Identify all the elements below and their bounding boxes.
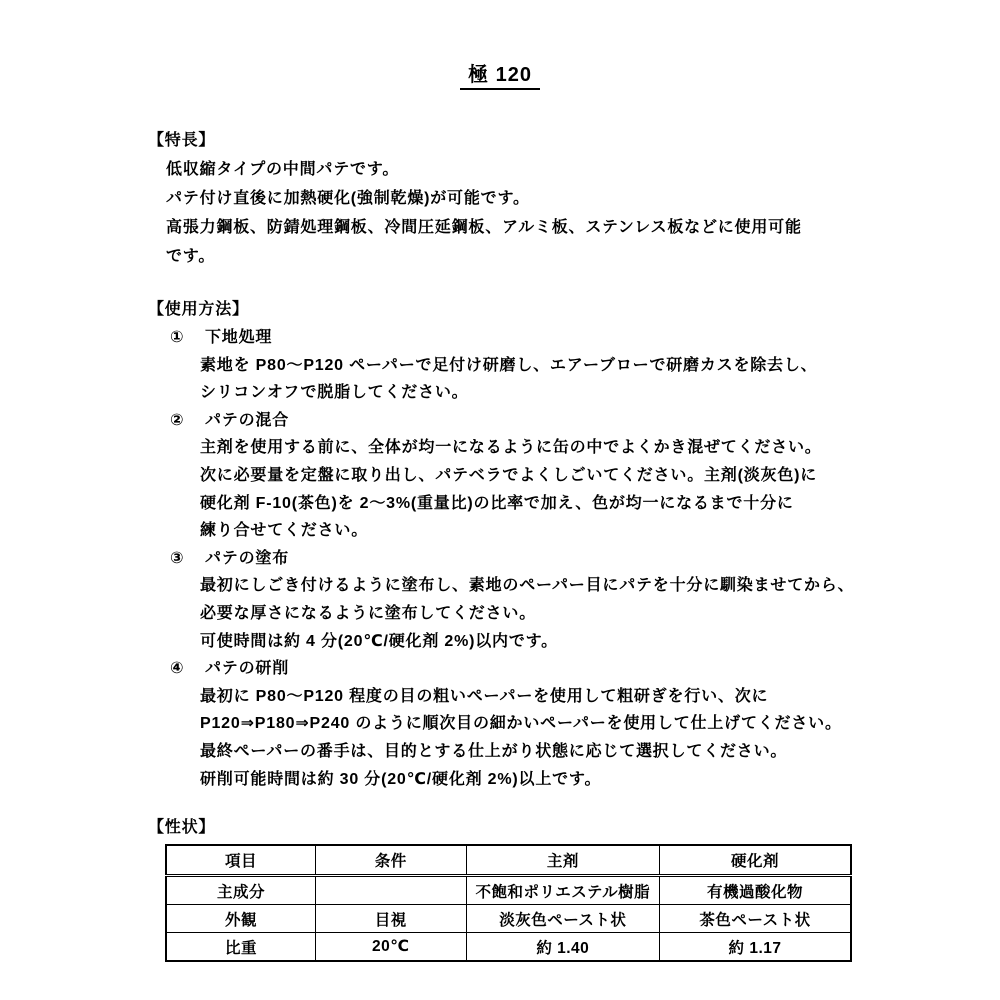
section-properties: 【性状】 項目 条件 主剤 硬化剤 主成分 不飽和ポリエステル樹脂 有機過酸化物 bbox=[0, 813, 1000, 962]
cell: 比重 bbox=[166, 933, 316, 962]
properties-table: 項目 条件 主剤 硬化剤 主成分 不飽和ポリエステル樹脂 有機過酸化物 外観 目… bbox=[165, 844, 852, 962]
features-line: 低収縮タイプの中間パテです。 bbox=[148, 155, 1000, 184]
features-heading: 【特長】 bbox=[148, 126, 1000, 155]
step-2-line: 主剤を使用する前に、全体が均一になるように缶の中でよくかき混ぜてください。 bbox=[148, 434, 1000, 462]
cell: 20℃ bbox=[316, 933, 467, 962]
col-header-item: 項目 bbox=[166, 845, 316, 876]
step-4-header: ④パテの研削 bbox=[148, 655, 1000, 683]
step-3-header: ③パテの塗布 bbox=[148, 545, 1000, 573]
cell: 茶色ペースト状 bbox=[660, 905, 851, 933]
step-3-line: 必要な厚さになるように塗布してください。 bbox=[148, 600, 1000, 628]
section-features: 【特長】 低収縮タイプの中間パテです。 パテ付け直後に加熱硬化(強制乾燥)が可能… bbox=[0, 126, 1000, 271]
usage-steps: ①下地処理 素地を P80～P120 ペーパーで足付け研磨し、エアーブローで研磨… bbox=[148, 324, 1000, 793]
step-4-line: 研削可能時間は約 30 分(20℃/硬化剤 2%)以上です。 bbox=[148, 766, 1000, 794]
section-usage: 【使用方法】 ①下地処理 素地を P80～P120 ペーパーで足付け研磨し、エア… bbox=[0, 295, 1000, 793]
usage-heading: 【使用方法】 bbox=[148, 295, 1000, 324]
step-2-title: パテの混合 bbox=[205, 412, 289, 429]
step-4-line: 最初に P80～P120 程度の目の粗いペーパーを使用して粗研ぎを行い、次に bbox=[148, 683, 1000, 711]
cell: 不飽和ポリエステル樹脂 bbox=[466, 876, 659, 905]
cell: 有機過酸化物 bbox=[660, 876, 851, 905]
step-3-line: 可使時間は約 4 分(20℃/硬化剤 2%)以内です。 bbox=[148, 628, 1000, 656]
step-4-line: 最終ペーパーの番手は、目的とする仕上がり状態に応じて選択してください。 bbox=[148, 738, 1000, 766]
features-line: 高張力鋼板、防錆処理鋼板、冷間圧延鋼板、アルミ板、ステンレス板などに使用可能 bbox=[148, 213, 1000, 242]
cell bbox=[316, 876, 467, 905]
features-line: です。 bbox=[148, 242, 1000, 271]
step-1-title: 下地処理 bbox=[205, 329, 272, 346]
table-row: 比重 20℃ 約 1.40 約 1.17 bbox=[166, 933, 851, 962]
step-4-number: ④ bbox=[170, 655, 205, 683]
cell: 外観 bbox=[166, 905, 316, 933]
step-2-line: 練り合せてください。 bbox=[148, 517, 1000, 545]
step-2-line: 硬化剤 F-10(茶色)を 2～3%(重量比)の比率で加え、色が均一になるまで十… bbox=[148, 490, 1000, 518]
step-1-number: ① bbox=[170, 324, 205, 352]
step-1-header: ①下地処理 bbox=[148, 324, 1000, 352]
col-header-base: 主剤 bbox=[466, 845, 659, 876]
step-3-number: ③ bbox=[170, 545, 205, 573]
cell: 約 1.40 bbox=[466, 933, 659, 962]
cell: 淡灰色ペースト状 bbox=[466, 905, 659, 933]
step-3-line: 最初にしごき付けるように塗布し、素地のペーパー目にパテを十分に馴染ませてから、 bbox=[148, 572, 1000, 600]
step-2-header: ②パテの混合 bbox=[148, 407, 1000, 435]
table-row: 外観 目視 淡灰色ペースト状 茶色ペースト状 bbox=[166, 905, 851, 933]
step-3-title: パテの塗布 bbox=[205, 550, 289, 567]
table-row: 主成分 不飽和ポリエステル樹脂 有機過酸化物 bbox=[166, 876, 851, 905]
document-page: 極 120 【特長】 低収縮タイプの中間パテです。 パテ付け直後に加熱硬化(強制… bbox=[0, 0, 1000, 1000]
features-line: パテ付け直後に加熱硬化(強制乾燥)が可能です。 bbox=[148, 184, 1000, 213]
cell: 主成分 bbox=[166, 876, 316, 905]
step-4-line: P120⇒P180⇒P240 のように順次目の細かいペーパーを使用して仕上げてく… bbox=[148, 710, 1000, 738]
properties-heading: 【性状】 bbox=[148, 813, 1000, 842]
cell: 目視 bbox=[316, 905, 467, 933]
page-title: 極 120 bbox=[460, 64, 540, 90]
cell: 約 1.17 bbox=[660, 933, 851, 962]
step-1-line: 素地を P80～P120 ペーパーで足付け研磨し、エアーブローで研磨カスを除去し… bbox=[148, 352, 1000, 380]
step-1-line: シリコンオフで脱脂してください。 bbox=[148, 379, 1000, 407]
step-4-title: パテの研削 bbox=[205, 660, 289, 677]
step-2-number: ② bbox=[170, 407, 205, 435]
col-header-condition: 条件 bbox=[316, 845, 467, 876]
step-2-line: 次に必要量を定盤に取り出し、パテベラでよくしごいてください。主剤(淡灰色)に bbox=[148, 462, 1000, 490]
table-header-row: 項目 条件 主剤 硬化剤 bbox=[166, 845, 851, 876]
col-header-hardener: 硬化剤 bbox=[660, 845, 851, 876]
title-row: 極 120 bbox=[0, 0, 1000, 88]
